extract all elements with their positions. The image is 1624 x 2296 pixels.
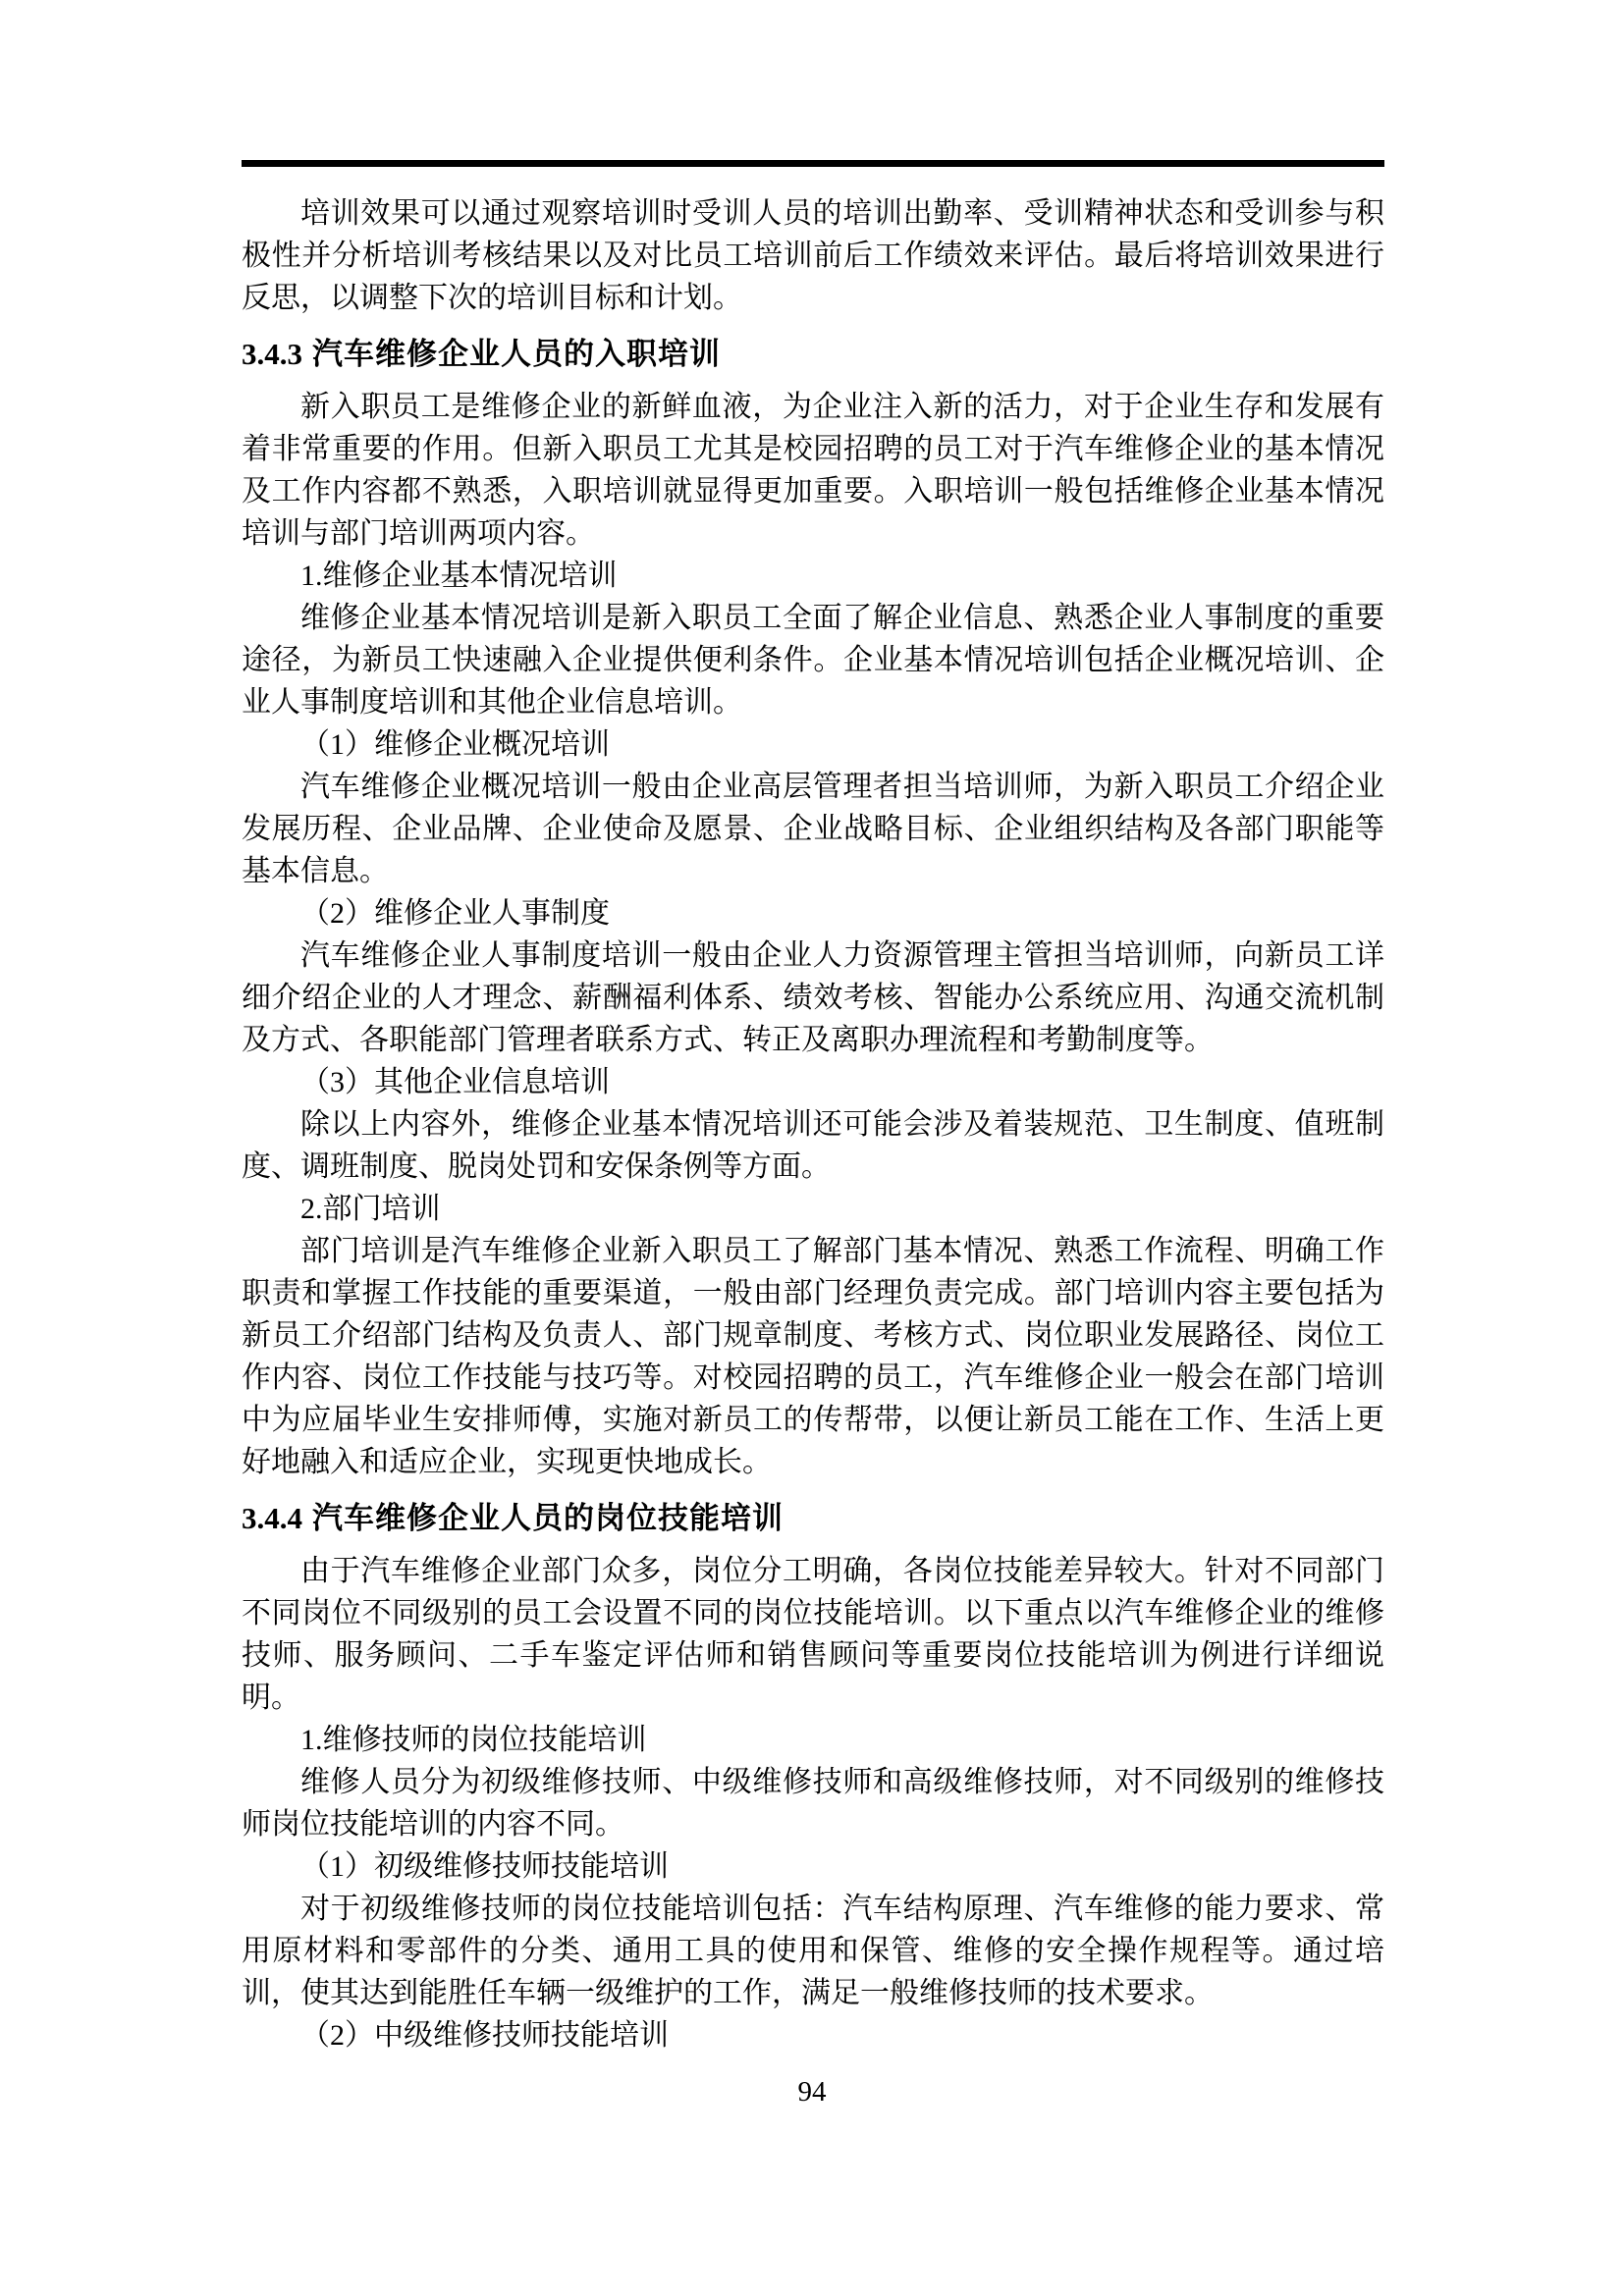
page-footer: 94 [0,2075,1624,2109]
subheading: （3）其他企业信息培训 [242,1061,1384,1103]
paragraph: 汽车维修企业概况培训一般由企业高层管理者担当培训师，为新入职员工介绍企业发展历程… [242,766,1384,892]
section-heading: 3.4.3汽车维修企业人员的入职培训 [242,332,1384,376]
page-number: 94 [798,2076,827,2108]
subheading: 2.部门培训 [242,1188,1384,1230]
paragraph: 对于初级维修技师的岗位技能培训包括：汽车结构原理、汽车维修的能力要求、常用原材料… [242,1888,1384,2014]
subheading: （2）维修企业人事制度 [242,892,1384,934]
section-heading-title: 汽车维修企业人员的岗位技能培训 [312,1501,784,1535]
paragraph: 部门培训是汽车维修企业新入职员工了解部门基本情况、熟悉工作流程、明确工作职责和掌… [242,1230,1384,1483]
paragraph: 由于汽车维修企业部门众多，岗位分工明确，各岗位技能差异较大。针对不同部门不同岗位… [242,1550,1384,1719]
header-rule [242,160,1384,167]
section-heading-number: 3.4.4 [242,1501,302,1535]
section-heading-number: 3.4.3 [242,337,302,371]
paragraph: 维修人员分为初级维修技师、中级维修技师和高级维修技师，对不同级别的维修技师岗位技… [242,1761,1384,1845]
document-page: 培训效果可以通过观察培训时受训人员的培训出勤率、受训精神状态和受训参与积极性并分… [0,0,1624,2296]
paragraph: 汽车维修企业人事制度培训一般由企业人力资源管理主管担当培训师，向新员工详细介绍企… [242,934,1384,1061]
subheading: （1）初级维修技师技能培训 [242,1845,1384,1888]
subheading: 1.维修技师的岗位技能培训 [242,1719,1384,1761]
subheading: （2）中级维修技师技能培训 [242,2014,1384,2056]
subheading: 1.维修企业基本情况培训 [242,555,1384,597]
paragraph: 新入职员工是维修企业的新鲜血液，为企业注入新的活力，对于企业生存和发展有着非常重… [242,386,1384,555]
paragraph: 维修企业基本情况培训是新入职员工全面了解企业信息、熟悉企业人事制度的重要途径，为… [242,597,1384,723]
paragraph: 培训效果可以通过观察培训时受训人员的培训出勤率、受训精神状态和受训参与积极性并分… [242,192,1384,319]
section-heading-title: 汽车维修企业人员的入职培训 [312,337,721,371]
document-body: 培训效果可以通过观察培训时受训人员的培训出勤率、受训精神状态和受训参与积极性并分… [242,192,1384,2056]
paragraph: 除以上内容外，维修企业基本情况培训还可能会涉及着装规范、卫生制度、值班制度、调班… [242,1103,1384,1188]
subheading: （1）维修企业概况培训 [242,723,1384,766]
section-heading: 3.4.4汽车维修企业人员的岗位技能培训 [242,1496,1384,1540]
